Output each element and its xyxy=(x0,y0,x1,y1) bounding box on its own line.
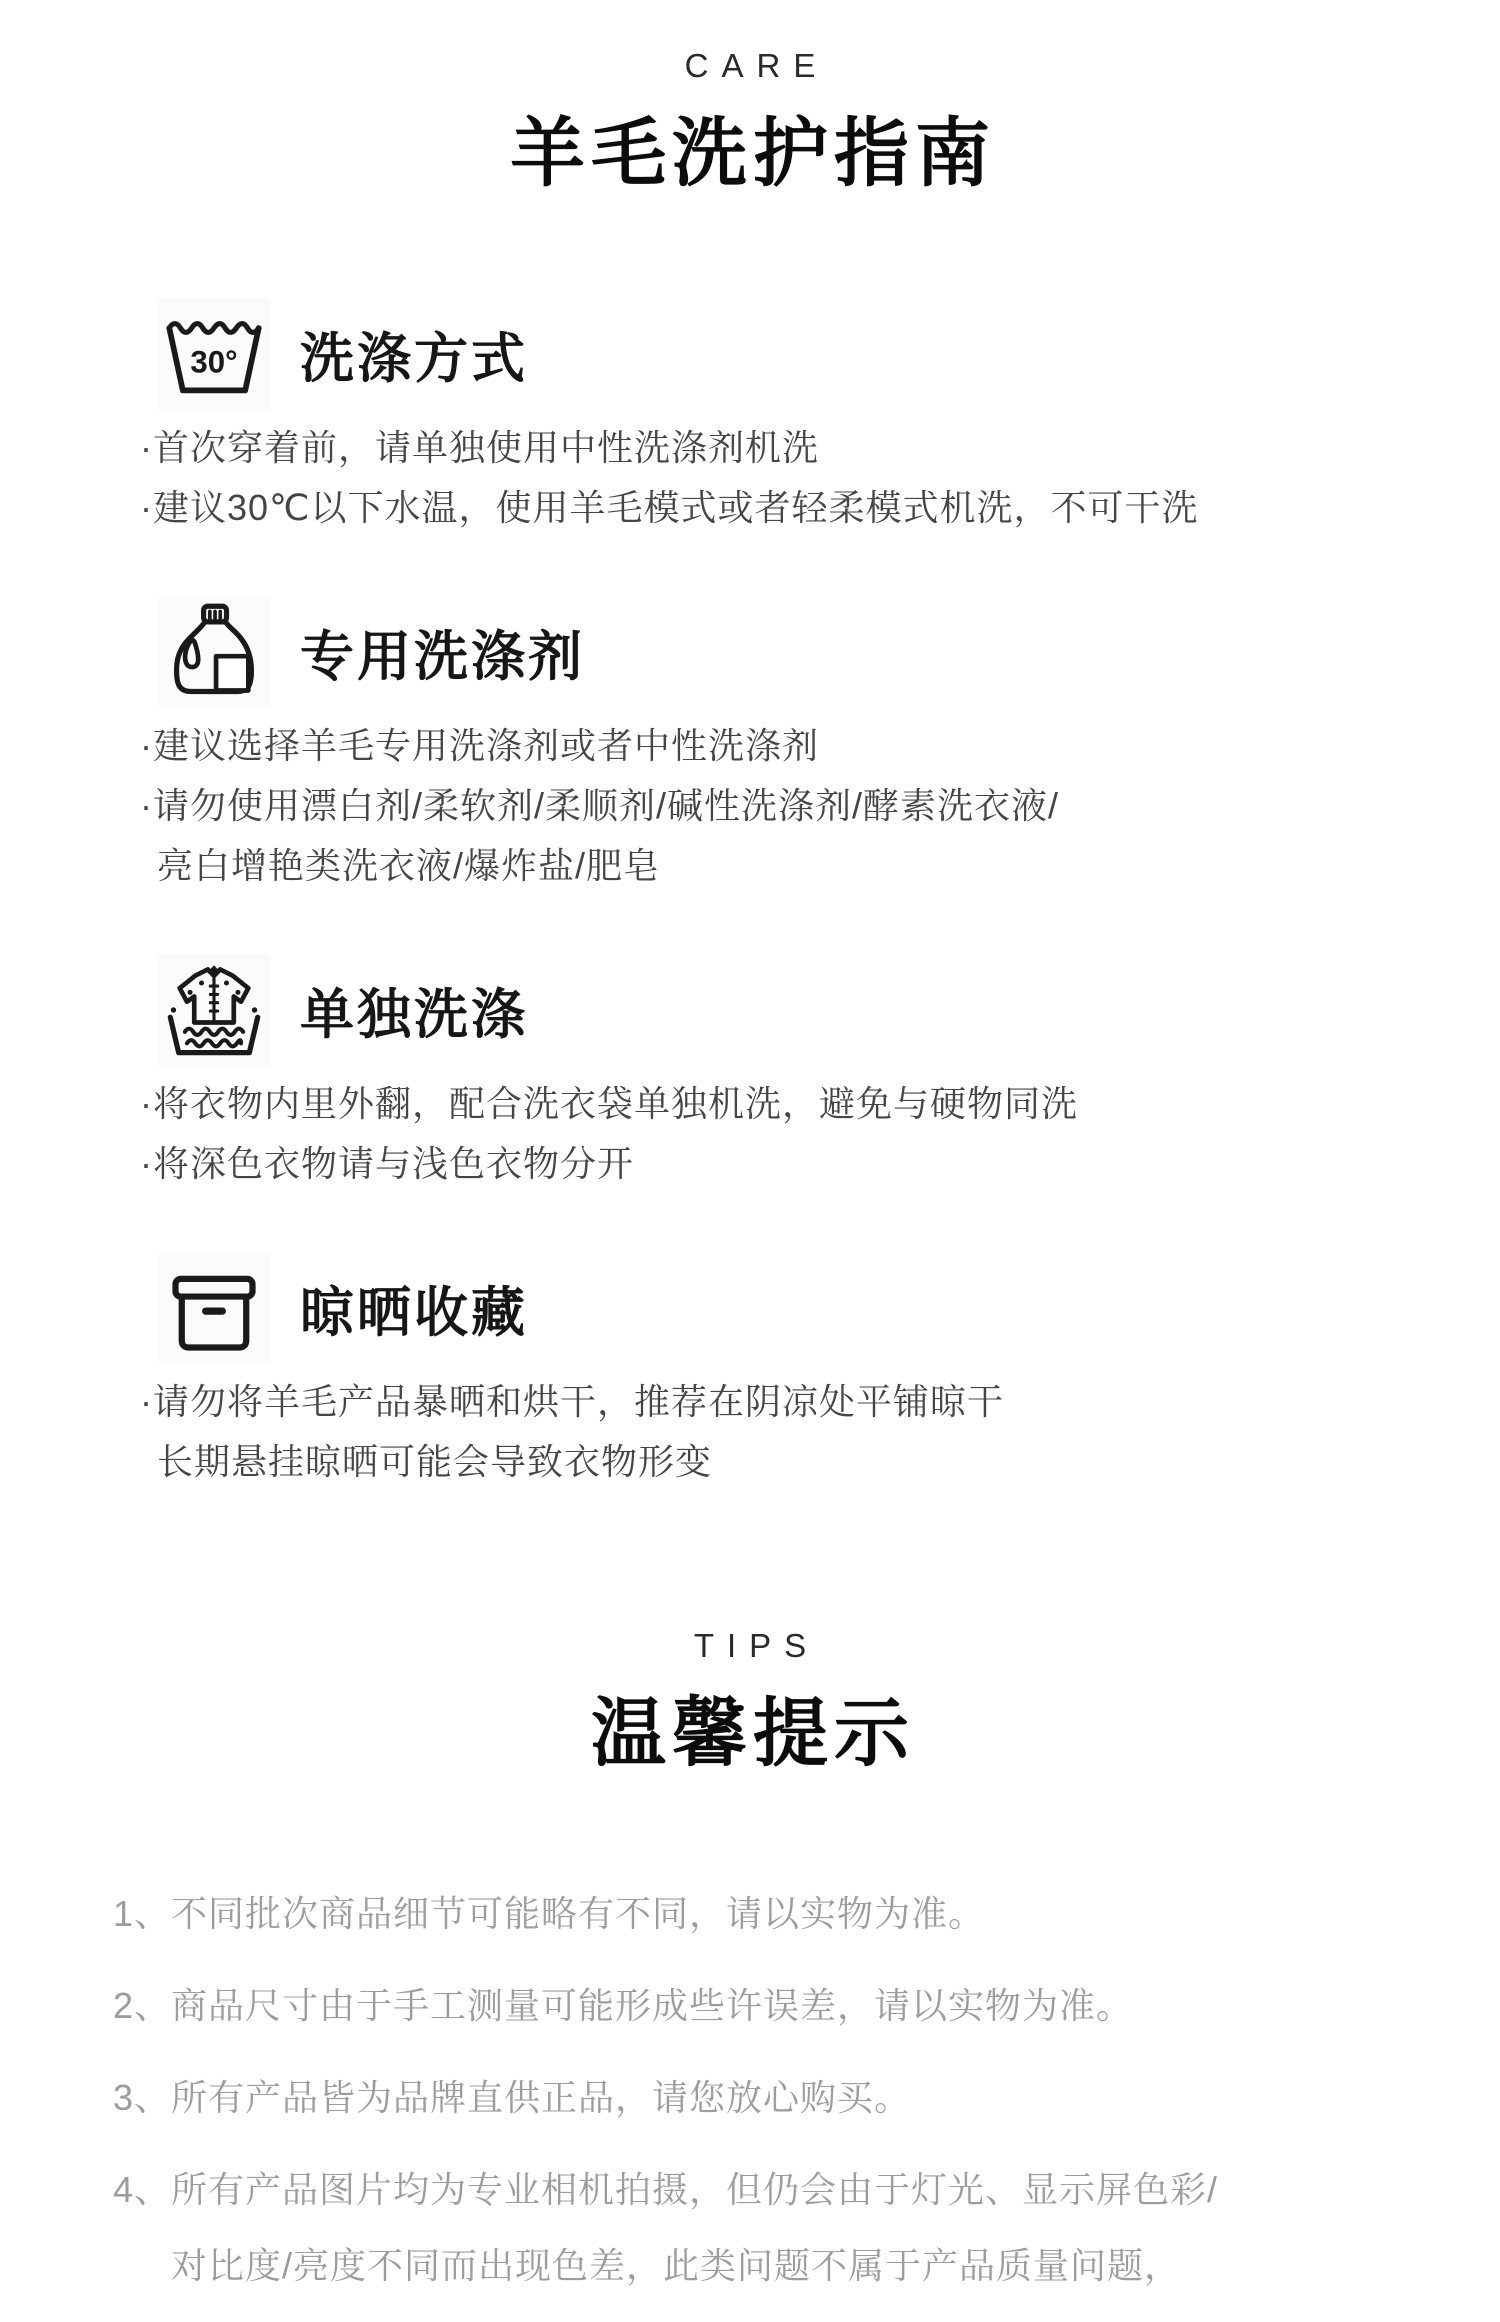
care-header: CARE 羊毛洗护指南 xyxy=(0,0,1500,194)
tips-list: 1、 不同批次商品细节可能略有不同，请以实物为准。 2、 商品尺寸由于手工测量可… xyxy=(113,1890,1500,2290)
wash-temperature-label: 30° xyxy=(190,345,237,380)
section-detergent-header: 专用洗涤剂 xyxy=(158,596,1400,708)
note-line: ·建议选择羊毛专用洗涤剂或者中性洗涤剂 xyxy=(140,716,1400,776)
note-line: ·建议30℃以下水温，使用羊毛模式或者轻柔模式机洗，不可干洗 xyxy=(140,478,1400,538)
note-line: ·首次穿着前，请单独使用中性洗涤剂机洗 xyxy=(140,418,1400,478)
wash-30-icon: 30° xyxy=(158,298,270,410)
note-line: ·将深色衣物请与浅色衣物分开 xyxy=(140,1134,1400,1194)
care-guide-page: CARE 羊毛洗护指南 30° 洗涤方式 ·首次穿着前，请单独使用中性洗涤剂机洗… xyxy=(0,0,1500,2322)
note-line-continuation: 亮白增艳类洗衣液/爆炸盐/肥皂 xyxy=(140,836,1400,896)
care-title: 羊毛洗护指南 xyxy=(0,112,1500,194)
washing-method-notes: ·首次穿着前，请单独使用中性洗涤剂机洗 ·建议30℃以下水温，使用羊毛模式或者轻… xyxy=(140,418,1400,538)
tip-item: 4、 所有产品图片均为专业相机拍摄，但仍会由于灯光、显示屏色彩/ xyxy=(113,2166,1500,2214)
section-dry-storage: 晾晒收藏 ·请勿将羊毛产品暴晒和烘干，推荐在阴凉处平铺晾干 长期悬挂晾晒可能会导… xyxy=(158,1252,1400,1492)
section-washing-method: 30° 洗涤方式 ·首次穿着前，请单独使用中性洗涤剂机洗 ·建议30℃以下水温，… xyxy=(158,298,1400,538)
section-dry-storage-header: 晾晒收藏 xyxy=(158,1252,1400,1364)
note-line: ·请勿使用漂白剂/柔软剂/柔顺剂/碱性洗涤剂/酵素洗衣液/ xyxy=(140,776,1400,836)
care-eyebrow: CARE xyxy=(0,46,1500,86)
note-line: ·请勿将羊毛产品暴晒和烘干，推荐在阴凉处平铺晾干 xyxy=(140,1372,1400,1432)
section-wash-separately-header: 单独洗涤 xyxy=(158,954,1400,1066)
tip-number: 1、 xyxy=(113,1890,171,1938)
tip-item-continuation: 对比度/亮度不同而出现色差，此类问题不属于产品质量问题， xyxy=(113,2242,1500,2290)
tip-text: 不同批次商品细节可能略有不同，请以实物为准。 xyxy=(171,1890,985,1938)
note-line-continuation: 长期悬挂晾晒可能会导致衣物形变 xyxy=(140,1432,1400,1492)
tip-item: 3、 所有产品皆为品牌直供正品，请您放心购买。 xyxy=(113,2074,1500,2122)
note-line: ·将衣物内里外翻，配合洗衣袋单独机洗，避免与硬物同洗 xyxy=(140,1074,1400,1134)
tip-item: 2、 商品尺寸由于手工测量可能形成些许误差，请以实物为准。 xyxy=(113,1982,1500,2030)
section-title: 洗涤方式 xyxy=(300,316,528,393)
tip-number: 3、 xyxy=(113,2074,171,2122)
storage-box-icon xyxy=(158,1252,270,1364)
tip-text: 所有产品图片均为专业相机拍摄，但仍会由于灯光、显示屏色彩/ xyxy=(171,2166,1218,2214)
section-title: 专用洗涤剂 xyxy=(300,614,585,691)
tips-header: TIPS 温馨提示 xyxy=(0,1626,1500,1774)
detergent-notes: ·建议选择羊毛专用洗涤剂或者中性洗涤剂 ·请勿使用漂白剂/柔软剂/柔顺剂/碱性洗… xyxy=(140,716,1400,896)
shirt-wash-icon xyxy=(158,954,270,1066)
wash-separately-notes: ·将衣物内里外翻，配合洗衣袋单独机洗，避免与硬物同洗 ·将深色衣物请与浅色衣物分… xyxy=(140,1074,1400,1194)
section-washing-method-header: 30° 洗涤方式 xyxy=(158,298,1400,410)
tip-text: 对比度/亮度不同而出现色差，此类问题不属于产品质量问题， xyxy=(171,2242,1181,2290)
tip-text: 商品尺寸由于手工测量可能形成些许误差，请以实物为准。 xyxy=(171,1982,1133,2030)
dry-storage-notes: ·请勿将羊毛产品暴晒和烘干，推荐在阴凉处平铺晾干 长期悬挂晾晒可能会导致衣物形变 xyxy=(140,1372,1400,1492)
tips-title: 温馨提示 xyxy=(0,1692,1500,1774)
section-title: 单独洗涤 xyxy=(300,972,528,1049)
tips-eyebrow: TIPS xyxy=(0,1626,1500,1666)
tip-item: 1、 不同批次商品细节可能略有不同，请以实物为准。 xyxy=(113,1890,1500,1938)
section-detergent: 专用洗涤剂 ·建议选择羊毛专用洗涤剂或者中性洗涤剂 ·请勿使用漂白剂/柔软剂/柔… xyxy=(158,596,1400,896)
tip-number: 2、 xyxy=(113,1982,171,2030)
detergent-bottle-icon xyxy=(158,596,270,708)
tip-text: 所有产品皆为品牌直供正品，请您放心购买。 xyxy=(171,2074,911,2122)
section-title: 晾晒收藏 xyxy=(300,1270,528,1347)
tip-number: 4、 xyxy=(113,2166,171,2214)
section-wash-separately: 单独洗涤 ·将衣物内里外翻，配合洗衣袋单独机洗，避免与硬物同洗 ·将深色衣物请与… xyxy=(158,954,1400,1194)
